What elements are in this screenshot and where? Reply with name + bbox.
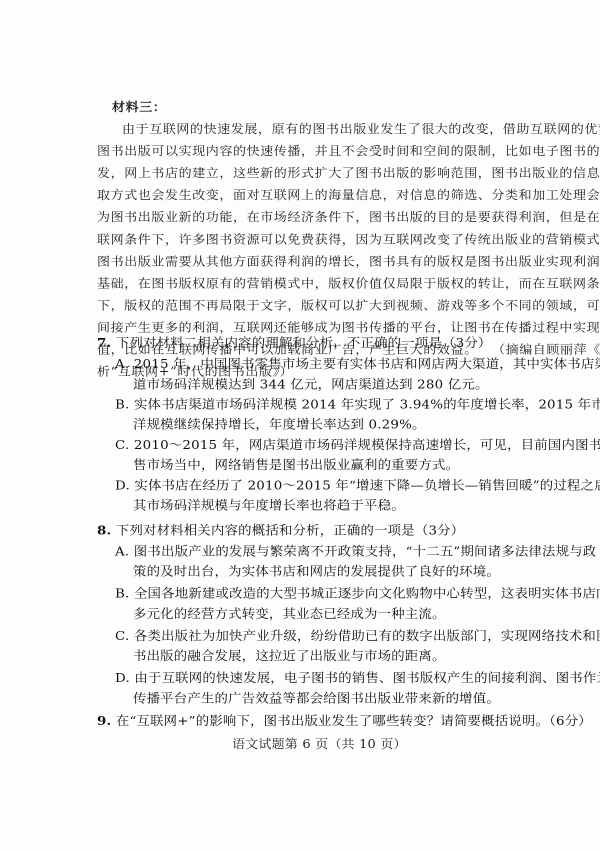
question-stem: 在“互联网+”的影响下，图书出版业发生了哪些转变？请简要概括说明。（6分）	[116, 715, 592, 729]
question-7-option-d: D. 实体书店在经历了 2010～2015 年“增速下降—负增长—销售回暖”的过…	[115, 479, 600, 494]
question-8-option-d: D. 由于互联网的快速发展，电子图书的销售、图书版权产生的间接利润、图书作为	[115, 672, 600, 687]
option-continuation: 多元化的经营方式转变，其业态已经成为一种主流。	[133, 608, 446, 623]
question-7-option-a: A. 2015 年，中国图书零售市场主要有实体书店和网店两大渠道，其中实体书店渠	[115, 358, 600, 373]
question-7-option-c: C. 2010～2015 年，网店渠道市场码洋规模保持高速增长，可见，目前国内图…	[115, 439, 600, 454]
option-text: 图书出版产业的发展与繁荣离不开政策支持，“十二五”期间诸多法律法规与政	[134, 545, 597, 559]
question-number: 7.	[97, 336, 111, 351]
material-line: 由于互联网的快速发展，原有的图书出版业发生了很大的改变，借助互联网的优势，	[122, 123, 600, 138]
material-line: 图书出版可以实现内容的快速传播，并且不会受时间和空间的限制，比如电子图书的开	[97, 145, 600, 160]
question-stem: 下列对材料二相关内容的理解和分析，不正确的一项是（3分）	[116, 337, 492, 351]
exam-page: 材料三： 由于互联网的快速发展，原有的图书出版业发生了很大的改变，借助互联网的优…	[0, 0, 600, 781]
material-line: 下，版权的范围不再局限于文字，版权可以扩大到视频、游戏等多个不同的领域，可以	[97, 299, 600, 314]
option-label: D.	[115, 672, 130, 686]
option-text: 由于互联网的快速发展，电子图书的销售、图书版权产生的间接利润、图书作为	[134, 672, 600, 686]
option-text: 2015 年，中国图书零售市场主要有实体书店和网店两大渠道，其中实体书店渠	[134, 358, 600, 372]
option-label: A.	[115, 545, 129, 559]
material-line: 联网条件下，许多图书资源可以免费获得，因为互联网改变了传统出版业的营销模式，	[97, 233, 600, 248]
option-label: B.	[115, 588, 130, 602]
option-text: 实体书店在经历了 2010～2015 年“增速下降—负增长—销售回暖”的过程之后…	[134, 479, 600, 493]
option-text: 2010～2015 年，网店渠道市场码洋规模保持高速增长，可见，目前国内图书零	[134, 439, 600, 453]
option-text: 实体书店渠道市场码洋规模 2014 年实现了 3.94%的年度增长率，2015 …	[134, 398, 600, 412]
material-line: 间接产生更多的利润，互联网还能够成为图书传播的平台，让图书在传播过程中实现增	[97, 321, 600, 336]
question-number: 8.	[97, 523, 111, 538]
question-8-stem: 8. 下列对材料相关内容的概括和分析，正确的一项是（3分）	[97, 523, 464, 539]
option-continuation: 传播平台产生的广告效益等都会给图书出版业带来新的增值。	[133, 692, 500, 707]
option-continuation: 策的及时出台，为实体书店和网店的发展提供了良好的环境。	[133, 565, 500, 580]
option-label: C.	[115, 630, 129, 644]
option-label: B.	[115, 398, 130, 412]
question-8-option-a: A. 图书出版产业的发展与繁荣离不开政策支持，“十二五”期间诸多法律法规与政	[115, 545, 596, 560]
question-7-option-b: B. 实体书店渠道市场码洋规模 2014 年实现了 3.94%的年度增长率，20…	[115, 398, 600, 413]
option-text: 全国各地新建或改造的大型书城正逐步向文化购物中心转型，这表明实体书店向	[134, 588, 600, 602]
question-8-option-b: B. 全国各地新建或改造的大型书城正逐步向文化购物中心转型，这表明实体书店向	[115, 588, 600, 603]
material-line: 取方式也会发生改变，面对互联网上的海量信息，对信息的筛选、分类和加工处理会成	[97, 189, 600, 204]
page-footer: 语文试题第 6 页（共 10 页）	[232, 738, 407, 753]
option-label: C.	[115, 439, 129, 453]
option-text: 各类出版社为加快产业升级，纷纷借助已有的数字出版部门，实现网络技术和图	[134, 630, 600, 644]
option-continuation: 售市场当中，网络销售是图书出版业赢利的重要方式。	[133, 459, 459, 474]
material-line: 基础，在图书版权原有的营销模式中，版权价值仅局限于版权的转让，而在互联网条件	[97, 277, 600, 292]
material-line: 为图书出版业新的功能，在市场经济条件下，图书出版的目的是要获得利润，但是在互	[97, 211, 600, 226]
question-stem: 下列对材料相关内容的概括和分析，正确的一项是（3分）	[116, 524, 464, 538]
option-continuation: 道市场码洋规模达到 344 亿元，网店渠道达到 280 亿元。	[133, 378, 489, 393]
question-8-option-c: C. 各类出版社为加快产业升级，纷纷借助已有的数字出版部门，实现网络技术和图	[115, 630, 600, 645]
option-continuation: 洋规模继续保持增长，年度增长率达到 0.29%。	[133, 419, 426, 434]
option-continuation: 其市场码洋规模与年度增长率也将趋于平稳。	[133, 499, 405, 514]
option-label: A.	[115, 358, 129, 372]
material-line: 图书出版业需要从其他方面获得利润的增长，图书具有的版权是图书出版业实现利润的	[97, 255, 600, 270]
material-heading: 材料三：	[112, 101, 166, 116]
option-continuation: 书出版的融合发展，这拉近了出版业与市场的距离。	[133, 650, 446, 665]
question-9-stem: 9. 在“互联网+”的影响下，图书出版业发生了哪些转变？请简要概括说明。（6分）	[97, 714, 592, 730]
material-line: 发，网上书店的建立，这些新的形式扩大了图书出版的影响范围，图书出版业的信息获	[97, 167, 600, 182]
question-number: 9.	[97, 714, 111, 729]
option-label: D.	[115, 479, 130, 493]
question-7-stem: 7. 下列对材料二相关内容的理解和分析，不正确的一项是（3分）	[97, 336, 492, 352]
